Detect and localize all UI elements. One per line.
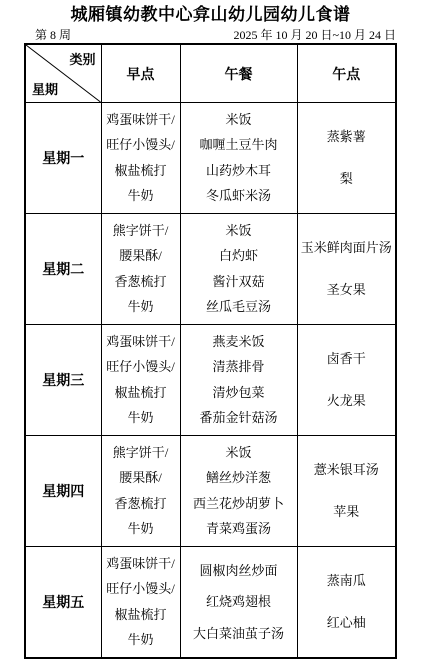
table-row-tuesday: 星期二 熊字饼干/ 腰果酥/ 香葱梳打 牛奶 米饭 白灼虾 酱汁双菇 丝瓜毛豆汤 bbox=[25, 214, 396, 325]
lunch-cell: 燕麦米饭 清蒸排骨 清炒包菜 番茄金针菇汤 bbox=[180, 325, 297, 436]
menu-page: 城厢镇幼教中心弇山幼儿园幼儿食谱 第 8 周 2025 年 10 月 20 日~… bbox=[0, 0, 421, 666]
dish-item: 熊字饼干/ bbox=[113, 223, 169, 239]
dish-item: 苹果 bbox=[333, 504, 359, 520]
dish-item: 火龙果 bbox=[327, 393, 366, 409]
dish-item: 西兰花炒胡萝卜 bbox=[193, 496, 284, 512]
dish-item: 椒盐梳打 bbox=[114, 607, 166, 623]
dish-item: 卤香干 bbox=[327, 351, 366, 367]
afternoon-cell: 蒸紫薯 梨 bbox=[297, 103, 396, 214]
dish-item: 米饭 bbox=[225, 223, 251, 239]
dish-item: 圣女果 bbox=[327, 282, 366, 298]
week-label: 第 8 周 bbox=[25, 28, 71, 42]
dish-item: 清蒸排骨 bbox=[212, 359, 264, 375]
header-row: 类别 星期 早点 午餐 午点 bbox=[25, 44, 396, 103]
dish-item: 牛奶 bbox=[127, 188, 153, 204]
lunch-cell: 米饭 白灼虾 酱汁双菇 丝瓜毛豆汤 bbox=[180, 214, 297, 325]
col-header-lunch: 午餐 bbox=[180, 44, 297, 103]
table-row-monday: 星期一 鸡蛋味饼干/ 旺仔小馒头/ 椒盐梳打 牛奶 米饭 咖喱土豆牛肉 山药炒木… bbox=[25, 103, 396, 214]
day-label: 星期三 bbox=[25, 325, 101, 436]
dish-item: 大白菜油茧子汤 bbox=[193, 626, 284, 642]
dish-item: 椒盐梳打 bbox=[114, 163, 166, 179]
dish-item: 牛奶 bbox=[127, 410, 153, 426]
subtitle-row: 第 8 周 2025 年 10 月 20 日~10 月 24 日 bbox=[25, 28, 396, 42]
dish-item: 梨 bbox=[340, 171, 353, 187]
dish-item: 清炒包菜 bbox=[212, 385, 264, 401]
afternoon-cell: 卤香干 火龙果 bbox=[297, 325, 396, 436]
day-label: 星期五 bbox=[25, 547, 101, 659]
breakfast-cell: 鸡蛋味饼干/ 旺仔小馒头/ 椒盐梳打 牛奶 bbox=[101, 547, 180, 659]
dish-item: 旺仔小馒头/ bbox=[106, 137, 175, 153]
breakfast-cell: 熊字饼干/ 腰果酥/ 香葱梳打 牛奶 bbox=[101, 214, 180, 325]
dish-item: 牛奶 bbox=[127, 632, 153, 648]
dish-item: 青菜鸡蛋汤 bbox=[206, 521, 271, 537]
afternoon-cell: 玉米鲜肉面片汤 圣女果 bbox=[297, 214, 396, 325]
dish-item: 鳝丝炒洋葱 bbox=[206, 470, 271, 486]
dish-item: 玉米鲜肉面片汤 bbox=[301, 240, 392, 256]
dish-item: 旺仔小馒头/ bbox=[106, 359, 175, 375]
dish-item: 丝瓜毛豆汤 bbox=[206, 299, 271, 315]
breakfast-cell: 鸡蛋味饼干/ 旺仔小馒头/ 椒盐梳打 牛奶 bbox=[101, 325, 180, 436]
table-row-friday: 星期五 鸡蛋味饼干/ 旺仔小馒头/ 椒盐梳打 牛奶 圆椒肉丝炒面 红烧鸡翅根 大… bbox=[25, 547, 396, 659]
day-label: 星期二 bbox=[25, 214, 101, 325]
dish-item: 蒸紫薯 bbox=[327, 129, 366, 145]
lunch-cell: 米饭 鳝丝炒洋葱 西兰花炒胡萝卜 青菜鸡蛋汤 bbox=[180, 436, 297, 547]
corner-label-category: 类别 bbox=[69, 49, 95, 68]
dish-item: 冬瓜虾米汤 bbox=[206, 188, 271, 204]
afternoon-cell: 蒸南瓜 红心柚 bbox=[297, 547, 396, 659]
lunch-cell: 米饭 咖喱土豆牛肉 山药炒木耳 冬瓜虾米汤 bbox=[180, 103, 297, 214]
dish-item: 圆椒肉丝炒面 bbox=[199, 563, 277, 579]
corner-cell: 类别 星期 bbox=[25, 44, 101, 103]
dish-item: 腰果酥/ bbox=[119, 470, 162, 486]
dish-item: 红烧鸡翅根 bbox=[206, 594, 271, 610]
dish-item: 咖喱土豆牛肉 bbox=[199, 137, 277, 153]
dish-item: 白灼虾 bbox=[219, 248, 258, 264]
dish-item: 山药炒木耳 bbox=[206, 163, 271, 179]
dish-item: 酱汁双菇 bbox=[212, 274, 264, 290]
dish-item: 蒸南瓜 bbox=[327, 573, 366, 589]
dish-item: 番茄金针菇汤 bbox=[199, 410, 277, 426]
page-title: 城厢镇幼教中心弇山幼儿园幼儿食谱 bbox=[0, 0, 421, 25]
dish-item: 鸡蛋味饼干/ bbox=[106, 112, 175, 128]
dish-item: 牛奶 bbox=[127, 521, 153, 537]
breakfast-cell: 熊字饼干/ 腰果酥/ 香葱梳打 牛奶 bbox=[101, 436, 180, 547]
menu-table: 类别 星期 早点 午餐 午点 星期一 鸡蛋味饼干/ 旺仔小馒头/ 椒盐梳打 牛奶 bbox=[24, 43, 397, 659]
dish-item: 红心柚 bbox=[327, 615, 366, 631]
dish-item: 香葱梳打 bbox=[114, 496, 166, 512]
table-row-thursday: 星期四 熊字饼干/ 腰果酥/ 香葱梳打 牛奶 米饭 鳝丝炒洋葱 西兰花炒胡萝卜 … bbox=[25, 436, 396, 547]
lunch-cell: 圆椒肉丝炒面 红烧鸡翅根 大白菜油茧子汤 bbox=[180, 547, 297, 659]
dish-item: 香葱梳打 bbox=[114, 274, 166, 290]
dish-item: 薏米银耳汤 bbox=[314, 462, 379, 478]
day-label: 星期一 bbox=[25, 103, 101, 214]
date-range: 2025 年 10 月 20 日~10 月 24 日 bbox=[234, 28, 397, 42]
dish-item: 牛奶 bbox=[127, 299, 153, 315]
col-header-afternoon: 午点 bbox=[297, 44, 396, 103]
breakfast-cell: 鸡蛋味饼干/ 旺仔小馒头/ 椒盐梳打 牛奶 bbox=[101, 103, 180, 214]
dish-item: 米饭 bbox=[225, 445, 251, 461]
dish-item: 鸡蛋味饼干/ bbox=[106, 334, 175, 350]
col-header-breakfast: 早点 bbox=[101, 44, 180, 103]
dish-item: 米饭 bbox=[225, 112, 251, 128]
dish-item: 椒盐梳打 bbox=[114, 385, 166, 401]
afternoon-cell: 薏米银耳汤 苹果 bbox=[297, 436, 396, 547]
day-label: 星期四 bbox=[25, 436, 101, 547]
dish-item: 腰果酥/ bbox=[119, 248, 162, 264]
dish-item: 熊字饼干/ bbox=[113, 445, 169, 461]
corner-label-weekday: 星期 bbox=[32, 79, 58, 98]
dish-item: 鸡蛋味饼干/ bbox=[106, 556, 175, 572]
table-row-wednesday: 星期三 鸡蛋味饼干/ 旺仔小馒头/ 椒盐梳打 牛奶 燕麦米饭 清蒸排骨 清炒包菜… bbox=[25, 325, 396, 436]
dish-item: 旺仔小馒头/ bbox=[106, 581, 175, 597]
dish-item: 燕麦米饭 bbox=[212, 334, 264, 350]
